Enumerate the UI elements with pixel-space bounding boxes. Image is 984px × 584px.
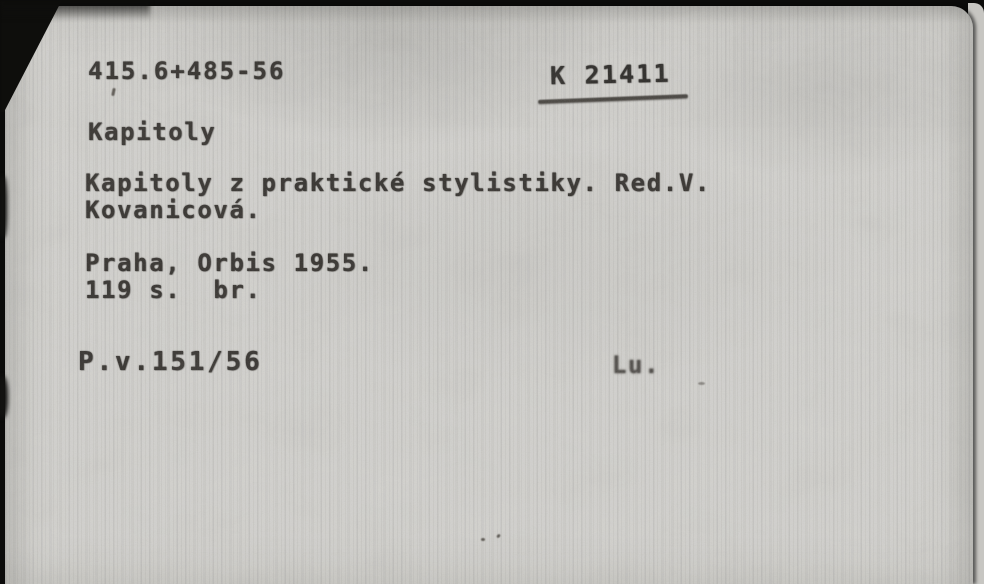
heading-entry: Kapitoly bbox=[88, 118, 216, 146]
top-edge-shadow bbox=[0, 0, 150, 22]
paper-speck bbox=[698, 382, 705, 385]
paper-speck bbox=[496, 534, 501, 539]
scanned-catalog-card-image: 415.6+485-56 K 21411 Kapitoly Kapitoly z… bbox=[0, 0, 984, 584]
imprint-line: Praha, Orbis 1955. bbox=[85, 249, 374, 277]
paper-speck bbox=[481, 538, 485, 541]
accession-number: K 21411 bbox=[550, 59, 671, 91]
title-statement-line-1: Kapitoly z praktické stylistiky. Red.V. bbox=[85, 169, 711, 197]
cataloguer-initials: Lu. bbox=[612, 351, 660, 379]
call-number: 415.6+485-56 bbox=[88, 57, 285, 85]
collation-line: 119 s. br. bbox=[85, 276, 262, 304]
accession-underline bbox=[538, 94, 688, 103]
ink-speck bbox=[111, 88, 116, 96]
left-edge-tear-mark bbox=[0, 176, 7, 238]
acquisition-number: P.v.151/56 bbox=[78, 347, 263, 377]
catalog-card: 415.6+485-56 K 21411 Kapitoly Kapitoly z… bbox=[5, 6, 973, 584]
title-statement-line-2: Kovanicová. bbox=[85, 196, 262, 224]
